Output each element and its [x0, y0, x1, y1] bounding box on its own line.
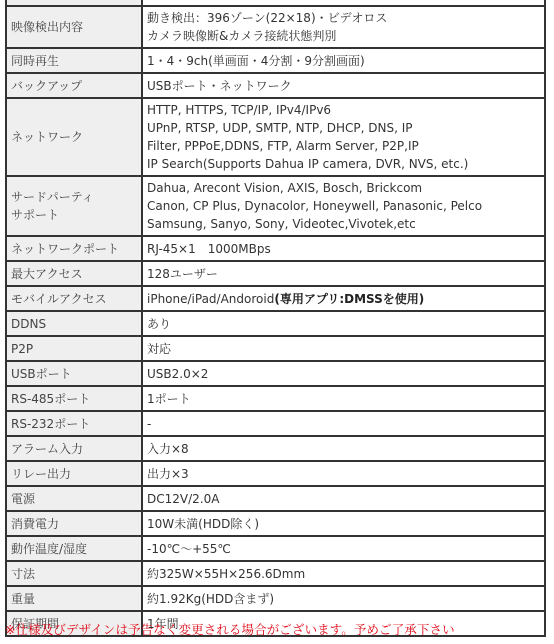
spec-label: 動作温度/湿度: [6, 536, 142, 561]
spec-label: RS-485ポート: [6, 386, 142, 411]
spec-label: リレー出力: [6, 461, 142, 486]
spec-label: バックアップ: [6, 73, 142, 98]
spec-label: 消費電力: [6, 511, 142, 536]
spec-value: 出力×3: [142, 461, 545, 486]
spec-label: ネットワークポート: [6, 236, 142, 261]
spec-value-line: UPnP, RTSP, UDP, SMTP, NTP, DHCP, DNS, I…: [147, 119, 540, 137]
spec-value: 約1.92Kg(HDD含まず): [142, 586, 545, 611]
spec-label: DDNS: [6, 311, 142, 336]
spec-value: USB2.0×2: [142, 361, 545, 386]
spec-value: -: [142, 411, 545, 436]
spec-value-plain: iPhone/iPad/Andoroid: [147, 292, 274, 306]
spec-value-line: Dahua, Arecont Vision, AXIS, Bosch, Bric…: [147, 179, 540, 197]
spec-value-bold: (専用アプリ:DMSSを使用): [274, 292, 424, 306]
table-row-third-party: サードパーティ サポート Dahua, Arecont Vision, AXIS…: [6, 176, 545, 236]
table-row-mobile-access: モバイルアクセス iPhone/iPad/Andoroid(専用アプリ:DMSS…: [6, 286, 545, 311]
spec-label: ネットワーク: [6, 98, 142, 176]
spec-label: 重量: [6, 586, 142, 611]
table-row-network-port: ネットワークポート RJ-45×1 1000MBps: [6, 236, 545, 261]
spec-label: 寸法: [6, 561, 142, 586]
table-row-dimensions: 寸法 約325W×55H×256.6Dmm: [6, 561, 545, 586]
table-row-usb-port: USBポート USB2.0×2: [6, 361, 545, 386]
spec-value-line: Samsung, Sanyo, Sony, Videotec,Vivotek,e…: [147, 215, 540, 233]
table-row-rs232: RS-232ポート -: [6, 411, 545, 436]
spec-value: iPhone/iPad/Andoroid(専用アプリ:DMSSを使用): [142, 286, 545, 311]
spec-label: P2P: [6, 336, 142, 361]
spec-value: 10W未満(HDD除く): [142, 511, 545, 536]
table-row-operating-temp: 動作温度/湿度 -10℃～+55℃: [6, 536, 545, 561]
spec-value-line: HTTP, HTTPS, TCP/IP, IPv4/IPv6: [147, 101, 540, 119]
table-row-p2p: P2P 対応: [6, 336, 545, 361]
spec-label: 映像検出内容: [6, 6, 142, 48]
spec-table: 映像検出内容 動き検出：396ゾーン(22×18)・ビデオロス カメラ映像断&カ…: [5, 0, 546, 637]
spec-value: 128ユーザー: [142, 261, 545, 286]
spec-value-line: IP Search(Supports Dahua IP camera, DVR,…: [147, 155, 540, 173]
spec-value: 1・4・9ch(単画面・4分割・9分割画面): [142, 48, 545, 73]
table-row-rs485: RS-485ポート 1ポート: [6, 386, 545, 411]
spec-label: 同時再生: [6, 48, 142, 73]
spec-label-line: サードパーティ: [11, 188, 137, 206]
table-row-backup: バックアップ USBポート・ネットワーク: [6, 73, 545, 98]
table-row-max-access: 最大アクセス 128ユーザー: [6, 261, 545, 286]
table-row-ddns: DDNS あり: [6, 311, 545, 336]
table-row-video-detection: 映像検出内容 動き検出：396ゾーン(22×18)・ビデオロス カメラ映像断&カ…: [6, 6, 545, 48]
spec-value: Dahua, Arecont Vision, AXIS, Bosch, Bric…: [142, 176, 545, 236]
spec-value: -10℃～+55℃: [142, 536, 545, 561]
spec-label: サードパーティ サポート: [6, 176, 142, 236]
table-row-network: ネットワーク HTTP, HTTPS, TCP/IP, IPv4/IPv6 UP…: [6, 98, 545, 176]
spec-label-line: サポート: [11, 206, 137, 224]
spec-label: USBポート: [6, 361, 142, 386]
spec-label: RS-232ポート: [6, 411, 142, 436]
spec-label: モバイルアクセス: [6, 286, 142, 311]
table-row-relay-output: リレー出力 出力×3: [6, 461, 545, 486]
table-row-playback: 同時再生 1・4・9ch(単画面・4分割・9分割画面): [6, 48, 545, 73]
spec-value: USBポート・ネットワーク: [142, 73, 545, 98]
table-row-power: 電源 DC12V/2.0A: [6, 486, 545, 511]
table-row-alarm-input: アラーム入力 入力×8: [6, 436, 545, 461]
disclaimer-note: ※仕様及びデザインは予告なく変更される場合がございます。予めご了承下さい: [5, 620, 455, 638]
spec-value: 対応: [142, 336, 545, 361]
spec-value: 入力×8: [142, 436, 545, 461]
spec-label: 最大アクセス: [6, 261, 142, 286]
spec-value: 動き検出：396ゾーン(22×18)・ビデオロス カメラ映像断&カメラ接続状態判…: [142, 6, 545, 48]
spec-value: 約325W×55H×256.6Dmm: [142, 561, 545, 586]
spec-value: あり: [142, 311, 545, 336]
table-row-weight: 重量 約1.92Kg(HDD含まず): [6, 586, 545, 611]
spec-value: DC12V/2.0A: [142, 486, 545, 511]
spec-value-line: Canon, CP Plus, Dynacolor, Honeywell, Pa…: [147, 197, 540, 215]
table-row-power-consumption: 消費電力 10W未満(HDD除く): [6, 511, 545, 536]
spec-label: 電源: [6, 486, 142, 511]
spec-value: HTTP, HTTPS, TCP/IP, IPv4/IPv6 UPnP, RTS…: [142, 98, 545, 176]
spec-value-line: カメラ映像断&カメラ接続状態判別: [147, 27, 540, 45]
spec-value-line: 動き検出：396ゾーン(22×18)・ビデオロス: [147, 9, 540, 27]
spec-label: アラーム入力: [6, 436, 142, 461]
spec-value: RJ-45×1 1000MBps: [142, 236, 545, 261]
spec-value: 1ポート: [142, 386, 545, 411]
spec-value-line: Filter, PPPoE,DDNS, FTP, Alarm Server, P…: [147, 137, 540, 155]
